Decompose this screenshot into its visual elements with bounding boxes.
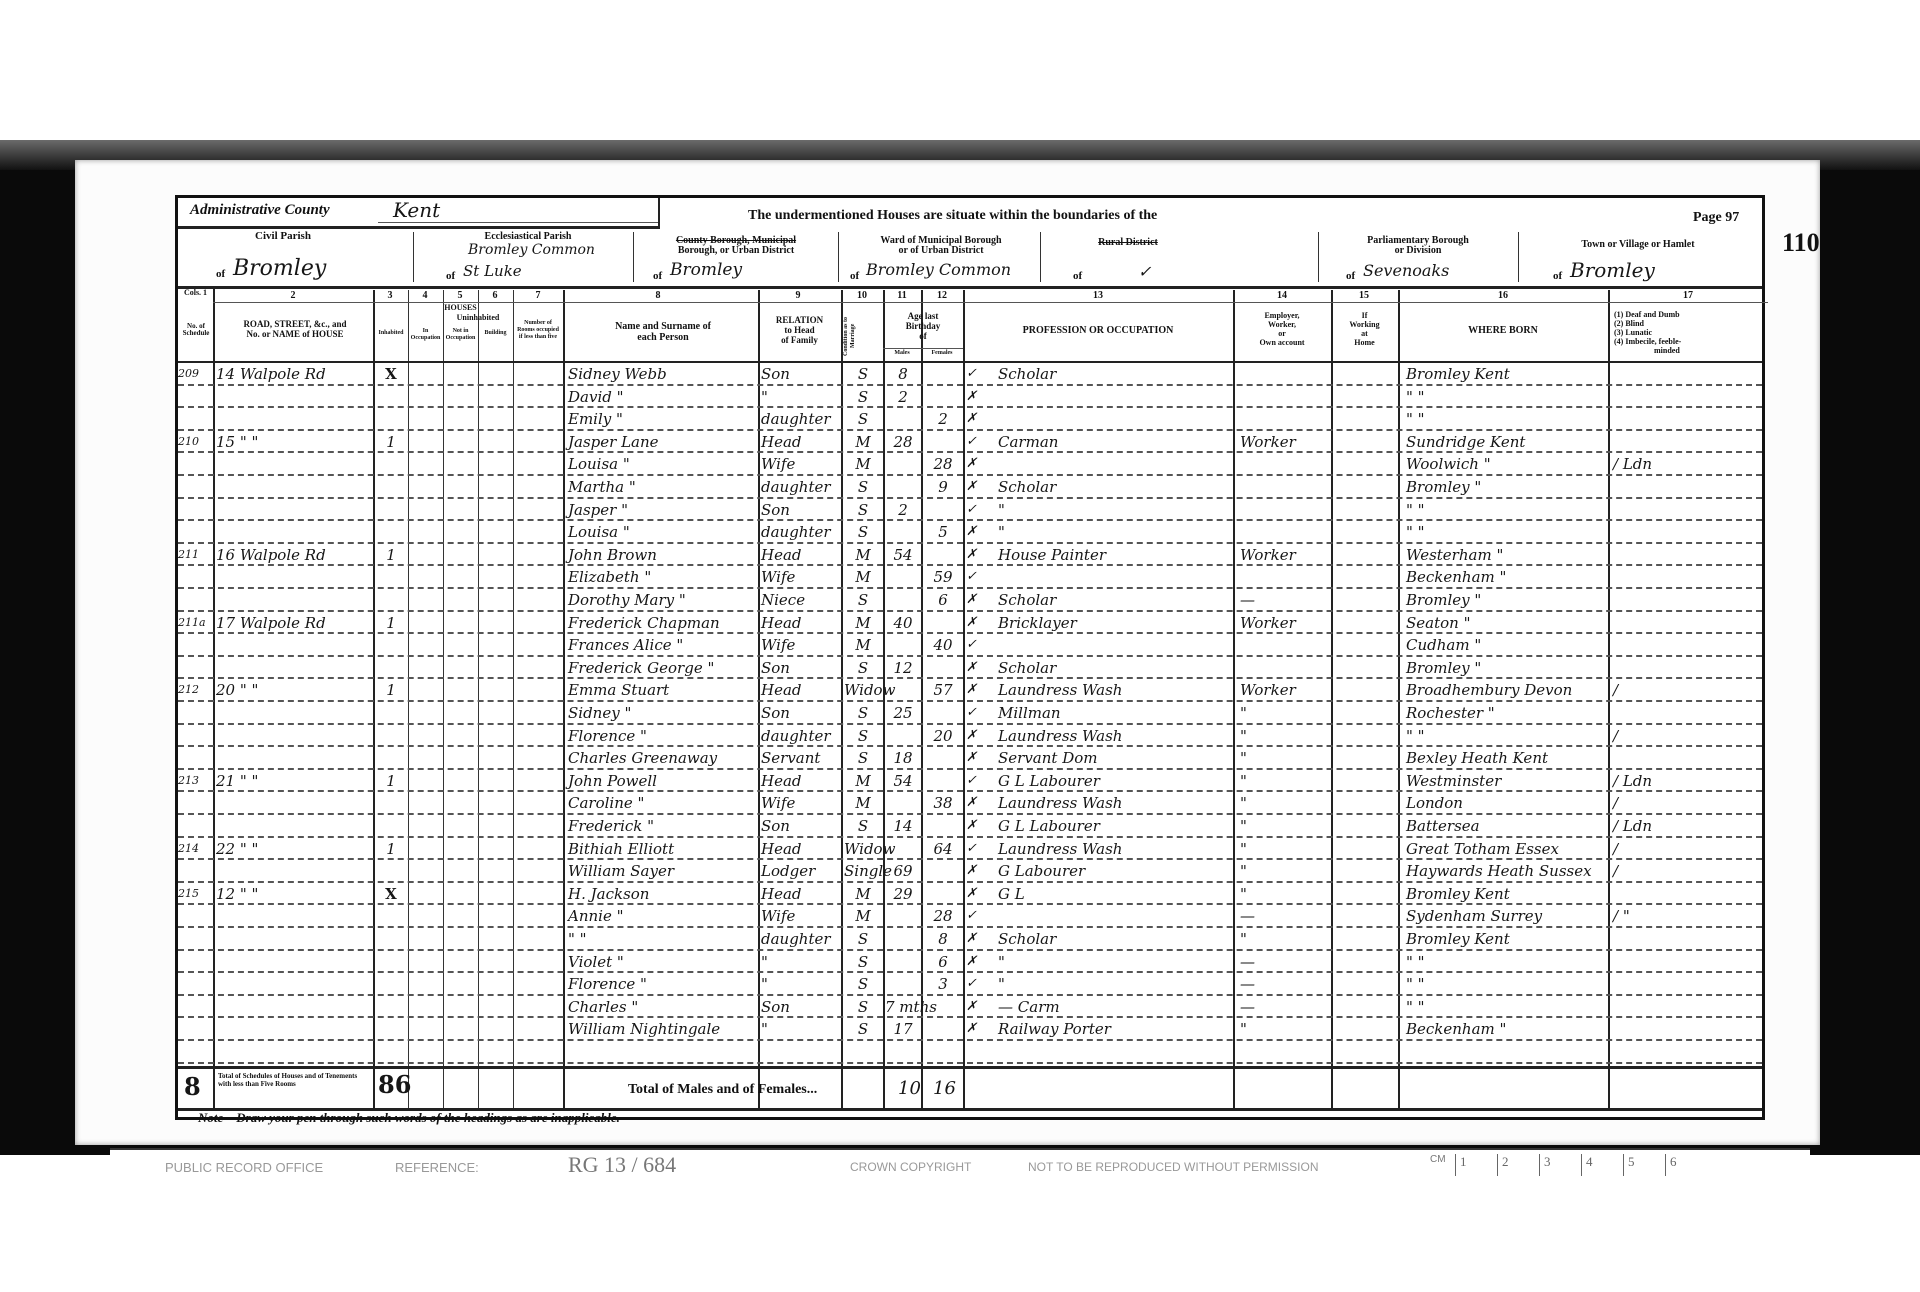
table-row: Martha "daughterS9ScholarBromley "✗ <box>178 476 1762 498</box>
relation: " <box>761 973 841 995</box>
condition: S <box>844 1018 882 1040</box>
relation: Niece <box>761 589 841 611</box>
age-female: 38 <box>924 792 962 814</box>
schedules-total: 8 <box>184 1072 201 1101</box>
age-male <box>885 973 921 995</box>
person-name: Charles " <box>568 996 758 1018</box>
enumerator-tick-mark: ✗ <box>966 1018 986 1040</box>
column-number: 10 <box>854 290 870 301</box>
birthplace: Bexley Heath Kent <box>1406 747 1606 769</box>
column-number: 8 <box>650 290 666 301</box>
condition: Single <box>844 860 882 882</box>
enumerator-tick-mark: ✗ <box>966 928 986 950</box>
eccl-parish-above: Bromley Common <box>468 242 595 258</box>
age-male: 25 <box>885 702 921 724</box>
condition: S <box>844 657 882 679</box>
occupation: Laundress Wash <box>998 725 1233 747</box>
relation: Head <box>761 431 841 453</box>
schedule-number <box>178 453 213 475</box>
occupation: Millman <box>998 702 1233 724</box>
col-relation-head: RELATION <box>758 316 841 325</box>
condition: M <box>844 612 882 634</box>
age-female <box>924 1041 962 1063</box>
infirmity <box>1613 1041 1763 1063</box>
employment-status: " <box>1240 883 1330 905</box>
age-female: 64 <box>924 838 962 860</box>
condition: S <box>844 363 882 385</box>
age-male: 2 <box>885 499 921 521</box>
schedule-number <box>178 996 213 1018</box>
person-name: John Brown <box>568 544 758 566</box>
employment-status: " <box>1240 725 1330 747</box>
civil-parish-label: Civil Parish <box>208 232 358 241</box>
address <box>216 521 376 543</box>
schedule-number <box>178 657 213 679</box>
archive-office: PUBLIC RECORD OFFICE <box>165 1160 323 1175</box>
employment-status: Worker <box>1240 679 1330 701</box>
archive-footer: PUBLIC RECORD OFFICE REFERENCE: RG 13 / … <box>110 1148 1810 1180</box>
condition: M <box>844 770 882 792</box>
age-female <box>924 386 962 408</box>
relation: Wife <box>761 792 841 814</box>
occupation: Scholar <box>998 363 1233 385</box>
age-male <box>885 521 921 543</box>
birthplace: Westerham " <box>1406 544 1606 566</box>
schedule-number <box>178 905 213 927</box>
employment-status <box>1240 566 1330 588</box>
person-name: William Sayer <box>568 860 758 882</box>
relation: Wife <box>761 453 841 475</box>
inhabited-mark: 1 <box>376 679 406 701</box>
schedule-number <box>178 566 213 588</box>
schedule-number: 215 <box>178 883 213 905</box>
relation: daughter <box>761 725 841 747</box>
occupation: — Carm <box>998 996 1233 1018</box>
totals-label: Total of Males and of Females... <box>628 1082 817 1098</box>
females-total: 16 <box>933 1078 956 1099</box>
age-male <box>885 634 921 656</box>
inhabited-mark <box>376 702 406 724</box>
occupation <box>998 453 1233 475</box>
schedule-number: 213 <box>178 770 213 792</box>
age-female: 57 <box>924 679 962 701</box>
relation: Son <box>761 499 841 521</box>
inhabited-mark <box>376 453 406 475</box>
infirmity: / <box>1613 838 1763 860</box>
person-name: Frederick " <box>568 815 758 837</box>
birthplace: Bromley " <box>1406 589 1606 611</box>
age-male <box>885 838 921 860</box>
table-row: 20914 Walpole RdXSidney WebbSonS8Scholar… <box>178 363 1762 385</box>
col-born-head: WHERE BORN <box>1398 326 1608 335</box>
ruler-mark: 2 <box>1497 1154 1509 1176</box>
person-name: Bithiah Elliott <box>568 838 758 860</box>
occupation: Carman <box>998 431 1233 453</box>
infirmity <box>1613 928 1763 950</box>
birthplace: Broadhembury Devon <box>1406 679 1606 701</box>
inhabited-mark: X <box>376 883 406 905</box>
employment-status <box>1240 363 1330 385</box>
inhabited-mark <box>376 996 406 1018</box>
employment-status: " <box>1240 1018 1330 1040</box>
age-female: 2 <box>924 408 962 430</box>
enumerator-tick-mark: ✗ <box>966 996 986 1018</box>
schedule-number <box>178 928 213 950</box>
table-row: Charles GreenawayServantS18Servant Dom"B… <box>178 747 1762 769</box>
ruler-mark: 5 <box>1623 1154 1635 1176</box>
birthplace: " " <box>1406 996 1606 1018</box>
inhabited-mark: 1 <box>376 770 406 792</box>
birthplace: Battersea <box>1406 815 1606 837</box>
county-borough-label: County Borough, Municipal <box>646 236 826 245</box>
age-male <box>885 905 921 927</box>
rural-district-value: ✓ <box>1138 262 1151 281</box>
relation: Wife <box>761 905 841 927</box>
condition: S <box>844 747 882 769</box>
table-row: Caroline "WifeM38Laundress Wash"London/✗ <box>178 792 1762 814</box>
person-name: Sidney Webb <box>568 363 758 385</box>
schedule-number <box>178 589 213 611</box>
age-male: 8 <box>885 363 921 385</box>
inhabited-mark <box>376 566 406 588</box>
schedule-number: 211 <box>178 544 213 566</box>
relation: Wife <box>761 634 841 656</box>
occupation: Scholar <box>998 657 1233 679</box>
address <box>216 1041 376 1063</box>
birthplace: " " <box>1406 499 1606 521</box>
table-row: Louisa "WifeM28Woolwich "/ Ldn✗ <box>178 453 1762 475</box>
person-name: Martha " <box>568 476 758 498</box>
enumerator-tick-mark: ✗ <box>966 521 986 543</box>
age-male <box>885 1041 921 1063</box>
age-male <box>885 725 921 747</box>
employment-status: — <box>1240 951 1330 973</box>
relation: Son <box>761 657 841 679</box>
infirmity <box>1613 883 1763 905</box>
age-female <box>924 747 962 769</box>
inhabited-mark <box>376 792 406 814</box>
column-number: 16 <box>1495 290 1511 301</box>
address <box>216 747 376 769</box>
town-label: Town or Village or Hamlet <box>1528 240 1748 249</box>
infirmity <box>1613 363 1763 385</box>
table-row <box>178 1041 1762 1063</box>
birthplace: Sundridge Kent <box>1406 431 1606 453</box>
county-borough-value: Bromley <box>670 260 742 280</box>
relation: Head <box>761 770 841 792</box>
birthplace: Cudham " <box>1406 634 1606 656</box>
condition: M <box>844 544 882 566</box>
relation: Servant <box>761 747 841 769</box>
employment-status: " <box>1240 928 1330 950</box>
person-name: Florence " <box>568 725 758 747</box>
table-row: 21220 " "1Emma StuartHeadWidow57Laundres… <box>178 679 1762 701</box>
age-male <box>885 566 921 588</box>
age-female <box>924 996 962 1018</box>
relation: Head <box>761 544 841 566</box>
table-row: 211a17 Walpole Rd1Frederick ChapmanHeadM… <box>178 612 1762 634</box>
age-female: 20 <box>924 725 962 747</box>
birthplace: " " <box>1406 408 1606 430</box>
person-name: David " <box>568 386 758 408</box>
age-male: 29 <box>885 883 921 905</box>
enumerator-tick-mark: ✗ <box>966 815 986 837</box>
table-row: 21512 " "XH. JacksonHeadM29G L"Bromley K… <box>178 883 1762 905</box>
condition: S <box>844 996 882 1018</box>
inhabited-mark <box>376 928 406 950</box>
inhabited-mark <box>376 951 406 973</box>
infirmity <box>1613 521 1763 543</box>
relation: Son <box>761 363 841 385</box>
address <box>216 725 376 747</box>
reference-label: REFERENCE: <box>395 1160 479 1175</box>
occupation: " <box>998 499 1233 521</box>
person-name: Sidney " <box>568 702 758 724</box>
ruler-mark: 3 <box>1539 1154 1551 1176</box>
address <box>216 1018 376 1040</box>
condition: S <box>844 702 882 724</box>
table-row: Charles "SonS7 mths— Carm—" "✗ <box>178 996 1762 1018</box>
occupation: Laundress Wash <box>998 792 1233 814</box>
col-employment-head: Employer, <box>1233 312 1331 319</box>
person-name: Emily " <box>568 408 758 430</box>
eccl-parish-value: St Luke <box>463 262 522 280</box>
employment-status: " <box>1240 860 1330 882</box>
enumerator-tick-mark: ✓ <box>966 973 986 995</box>
inhabited-mark <box>376 815 406 837</box>
age-female: 9 <box>924 476 962 498</box>
table-row: Emily "daughterS2" "✗ <box>178 408 1762 430</box>
table-row: Violet ""S6"—" "✗ <box>178 951 1762 973</box>
birthplace: Seaton " <box>1406 612 1606 634</box>
age-male <box>885 792 921 814</box>
houses-head: HOUSES <box>408 304 513 311</box>
col-road-head: ROAD, STREET, &c., and <box>216 320 374 329</box>
enumerator-tick-mark: ✓ <box>966 566 986 588</box>
condition: M <box>844 905 882 927</box>
relation: " <box>761 386 841 408</box>
ruler-unit: CM <box>1430 1154 1446 1165</box>
employment-status: " <box>1240 792 1330 814</box>
infirmity: / <box>1613 792 1763 814</box>
relation: Son <box>761 996 841 1018</box>
birthplace: " " <box>1406 725 1606 747</box>
birthplace <box>1406 1041 1606 1063</box>
relation: daughter <box>761 476 841 498</box>
age-female <box>924 657 962 679</box>
inhabited-mark <box>376 1018 406 1040</box>
schedule-number: 210 <box>178 431 213 453</box>
age-female <box>924 702 962 724</box>
person-name: Frederick George " <box>568 657 758 679</box>
address: 20 " " <box>216 679 376 701</box>
relation: " <box>761 951 841 973</box>
inhabited-mark: 1 <box>376 838 406 860</box>
inhabited-mark <box>376 634 406 656</box>
person-name: Louisa " <box>568 453 758 475</box>
age-male: 12 <box>885 657 921 679</box>
census-rows: 20914 Walpole RdXSidney WebbSonS8Scholar… <box>178 363 1762 1063</box>
address <box>216 792 376 814</box>
infirmity <box>1613 747 1763 769</box>
address <box>216 657 376 679</box>
age-female: 40 <box>924 634 962 656</box>
col-condition-head: Condition as to Marriage <box>843 316 883 356</box>
table-row: Florence ""S3"—" "✓ <box>178 973 1762 995</box>
birthplace: Rochester " <box>1406 702 1606 724</box>
enumerator-tick-mark: ✗ <box>966 589 986 611</box>
table-row: 21422 " "1Bithiah ElliottHeadWidow64Laun… <box>178 838 1762 860</box>
condition: S <box>844 815 882 837</box>
age-female: 28 <box>924 905 962 927</box>
enumerator-tick-mark: ✗ <box>966 725 986 747</box>
column-number: 12 <box>934 290 950 301</box>
table-row: 21015 " "1Jasper LaneHeadM28CarmanWorker… <box>178 431 1762 453</box>
table-row: Annie "WifeM28—Sydenham Surrey/ "✓ <box>178 905 1762 927</box>
reference-value: RG 13 / 684 <box>568 1152 676 1178</box>
relation: Head <box>761 679 841 701</box>
birthplace: Woolwich " <box>1406 453 1606 475</box>
birthplace: Westminster <box>1406 770 1606 792</box>
condition: S <box>844 951 882 973</box>
birthplace: " " <box>1406 521 1606 543</box>
age-male: 54 <box>885 544 921 566</box>
age-male: 18 <box>885 747 921 769</box>
address <box>216 566 376 588</box>
employment-status <box>1240 499 1330 521</box>
enumerator-tick-mark: ✗ <box>966 476 986 498</box>
inhabited-mark <box>376 499 406 521</box>
table-row: David ""S2" "✗ <box>178 386 1762 408</box>
occupation: " <box>998 951 1233 973</box>
column-number: 9 <box>790 290 806 301</box>
birthplace: " " <box>1406 973 1606 995</box>
occupation: Servant Dom <box>998 747 1233 769</box>
age-male: 54 <box>885 770 921 792</box>
occupation: " <box>998 521 1233 543</box>
relation: Head <box>761 838 841 860</box>
age-male <box>885 476 921 498</box>
infirmity <box>1613 499 1763 521</box>
form-note: Note—Draw your pen through such words of… <box>198 1110 620 1126</box>
inhabited-mark <box>376 521 406 543</box>
table-row: William Nightingale"S17Railway Porter"Be… <box>178 1018 1762 1040</box>
schedule-number <box>178 815 213 837</box>
employment-status <box>1240 408 1330 430</box>
infirmity: / Ldn <box>1613 815 1763 837</box>
enumerator-tick-mark: ✓ <box>966 770 986 792</box>
infirmity <box>1613 544 1763 566</box>
occupation: Scholar <box>998 589 1233 611</box>
admin-county-value: Kent <box>393 198 440 222</box>
ward-label: Ward of Municipal Borough <box>846 236 1036 245</box>
enumerator-tick-mark: ✗ <box>966 544 986 566</box>
table-row: Elizabeth "WifeM59Beckenham "✓ <box>178 566 1762 588</box>
enumerator-tick-mark: ✗ <box>966 657 986 679</box>
infirmity <box>1613 386 1763 408</box>
census-form: Administrative County Kent The underment… <box>175 195 1765 1120</box>
infirmity: / <box>1613 860 1763 882</box>
address <box>216 973 376 995</box>
age-female <box>924 431 962 453</box>
crown-copyright: CROWN COPYRIGHT <box>850 1160 971 1174</box>
birthplace: " " <box>1406 951 1606 973</box>
age-male: 40 <box>885 612 921 634</box>
table-row: Frances Alice "WifeM40Cudham "✓ <box>178 634 1762 656</box>
table-row: Jasper "SonS2"" "✓ <box>178 499 1762 521</box>
age-female <box>924 612 962 634</box>
condition: S <box>844 476 882 498</box>
infirmity <box>1613 702 1763 724</box>
condition: S <box>844 499 882 521</box>
birthplace: Bromley Kent <box>1406 883 1606 905</box>
schedule-number <box>178 408 213 430</box>
infirmity <box>1613 996 1763 1018</box>
inhabited-mark: 1 <box>376 544 406 566</box>
column-number: 3 <box>382 290 398 301</box>
table-row: Sidney "SonS25Millman"Rochester "✓ <box>178 702 1762 724</box>
employment-status: " <box>1240 815 1330 837</box>
enumerator-tick-mark: ✓ <box>966 905 986 927</box>
age-female <box>924 1018 962 1040</box>
relation: Head <box>761 612 841 634</box>
address <box>216 499 376 521</box>
birthplace: Beckenham " <box>1406 566 1606 588</box>
employment-status <box>1240 386 1330 408</box>
enumerator-tick-mark: ✗ <box>966 386 986 408</box>
inhabited-mark: 1 <box>376 612 406 634</box>
birthplace: Bromley Kent <box>1406 928 1606 950</box>
age-female: 5 <box>924 521 962 543</box>
relation: Wife <box>761 566 841 588</box>
person-name: Elizabeth " <box>568 566 758 588</box>
schedule-number: 209 <box>178 363 213 385</box>
col-schedule-head: No. of Schedule <box>180 323 212 337</box>
age-female <box>924 815 962 837</box>
table-row: Frederick "SonS14G L Labourer"Battersea/… <box>178 815 1762 837</box>
address: 17 Walpole Rd <box>216 612 376 634</box>
person-name: John Powell <box>568 770 758 792</box>
eccl-parish-label: Ecclesiastical Parish <box>438 232 618 241</box>
civil-parish-value: Bromley <box>233 256 326 281</box>
occupation: House Painter <box>998 544 1233 566</box>
condition: Widow <box>844 838 882 860</box>
relation: Son <box>761 702 841 724</box>
employment-status: — <box>1240 973 1330 995</box>
occupation: Bricklayer <box>998 612 1233 634</box>
condition <box>844 1041 882 1063</box>
address <box>216 408 376 430</box>
address: 16 Walpole Rd <box>216 544 376 566</box>
inhabited-mark: X <box>376 363 406 385</box>
employment-status <box>1240 476 1330 498</box>
occupation <box>998 408 1233 430</box>
employment-status <box>1240 1041 1330 1063</box>
employment-status: — <box>1240 589 1330 611</box>
relation <box>761 1041 841 1063</box>
person-name: Violet " <box>568 951 758 973</box>
person-name: " " <box>568 928 758 950</box>
address <box>216 476 376 498</box>
relation: " <box>761 1018 841 1040</box>
age-female: 6 <box>924 589 962 611</box>
address <box>216 634 376 656</box>
houses-total: 86 <box>378 1070 411 1099</box>
birthplace: Bromley " <box>1406 657 1606 679</box>
occupation <box>998 386 1233 408</box>
address <box>216 860 376 882</box>
males-total: 10 <box>898 1078 921 1099</box>
